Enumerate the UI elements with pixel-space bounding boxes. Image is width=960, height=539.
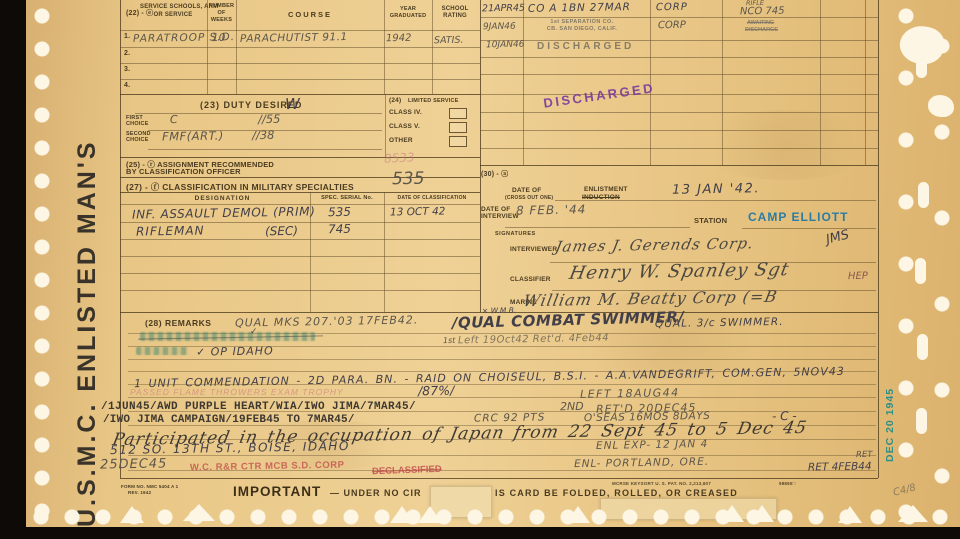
row-number: 4.: [124, 82, 130, 89]
punch-notch: [418, 506, 442, 523]
divider: [148, 149, 382, 150]
flame-score-entry: /87%/: [418, 383, 454, 399]
signatures-label: SIGNATURES: [495, 231, 536, 237]
interview-date-label: DATE OF: [481, 206, 510, 213]
second-choice-label: CHOICE: [126, 137, 149, 143]
scanned-qualification-card: U.S.M.C. ENLISTED MAN'S QUALIFICATION (2…: [0, 0, 960, 539]
flame-thrower-entry-faded: PASSED FLAME THROWERS EXAM TROPHY: [130, 387, 344, 397]
enlistment-section-number: (30) - ⓐ: [481, 169, 508, 179]
divider: [722, 0, 723, 165]
first-choice-label: CHOICE: [126, 121, 149, 127]
divider: [480, 74, 878, 75]
punch-slot: [918, 182, 929, 208]
row-number: 2.: [124, 50, 130, 57]
punch-notch: [838, 506, 862, 523]
limited-service-number: (24): [389, 97, 401, 104]
divider: [480, 57, 878, 58]
enlistment-label: ENLISTMENT: [584, 186, 628, 193]
serial-header: SPEC. SERIAL No.: [310, 195, 384, 201]
punch-holes-bottom: [26, 505, 960, 527]
left-date-entry: LEFT 18AUG44: [580, 386, 680, 401]
divider: [120, 63, 480, 64]
interview-date-label: INTERVIEW: [481, 213, 519, 220]
schools-header-course: COURSE: [236, 10, 384, 19]
schools-header-year: GRADUATED: [384, 13, 432, 19]
limited-service-title: LIMITED SERVICE: [408, 98, 459, 104]
punch-slot: [917, 334, 928, 360]
warning-text: — UNDER NO CIR: [330, 488, 422, 498]
specialty-serial-entry: 535: [328, 205, 351, 219]
op-idaho-entry: ✓ OP IDAHO: [196, 344, 274, 358]
schools-header-rating: RATING: [432, 13, 478, 19]
service-date-entry: 10JAN46: [486, 40, 525, 51]
other-label: OTHER: [389, 137, 413, 144]
date-of-label: DATE OF: [512, 187, 541, 194]
check-mark: ✓: [250, 327, 258, 337]
punch-notch: [183, 504, 215, 521]
school-rating-entry: SATIS.: [434, 35, 464, 47]
schools-header-name: OR SERVICE: [140, 12, 206, 18]
specialty-serial-entry: 745: [328, 222, 351, 236]
punch-slot: [916, 408, 927, 434]
important-label: IMPORTANT: [233, 484, 321, 499]
enlistment-place-entry: ENL- PORTLAND, ORE.: [574, 456, 709, 470]
service-org-entry: CO A 1BN 27MAR: [528, 1, 631, 15]
stamp-date-entry: 25DEC45: [100, 456, 168, 472]
warning-text: IS CARD BE FOLDED, ROLLED, OR CREASED: [495, 488, 738, 498]
classification-date-header: DATE OF CLASSIFICATION: [384, 195, 480, 201]
divider: [505, 227, 690, 228]
punch-notch: [720, 505, 744, 522]
specialty-date-entry: 13 OCT 42: [390, 206, 446, 219]
divider: [120, 30, 480, 31]
first-choice-number: //55: [258, 112, 281, 126]
patent-text: MCRSE KEYSORT U. S. PAT. NO. 2,213,607: [612, 481, 711, 486]
swimmer-qual-entry: QUAL. 3/c SWIMMER.: [655, 316, 784, 330]
divider: [820, 0, 821, 165]
divider: [120, 222, 480, 223]
divider: [120, 47, 480, 48]
cross-out-label: (CROSS OUT ONE): [505, 195, 553, 201]
punch-notch: [566, 506, 590, 523]
awaiting-discharge-stamp: AWAITING: [747, 20, 774, 26]
divider: [385, 94, 386, 157]
divider: [480, 94, 878, 95]
rule-line: [128, 397, 876, 398]
form-revision: REV. 1942: [128, 490, 151, 495]
station-label: STATION: [694, 216, 727, 225]
punch-notch: [390, 506, 414, 523]
punch-holes-right: [926, 0, 960, 527]
school-weeks-entry: 10: [212, 32, 226, 44]
specialty-paren-entry: (SEC): [265, 224, 298, 239]
divider: [480, 165, 878, 166]
purple-heart-entry: /1JUN45/AWD PURPLE HEART/WIA/IWO JIMA/7M…: [101, 401, 416, 413]
class-v-checkbox: [449, 122, 467, 133]
service-rank-entry: CORP: [658, 20, 686, 31]
divider: [480, 112, 878, 113]
schools-header-year: YEAR: [384, 6, 432, 12]
discharged-stamp-grey: DISCHARGED: [537, 41, 634, 52]
divider: [120, 192, 480, 193]
other-checkbox: [449, 136, 467, 147]
divider: [120, 478, 878, 479]
divider: [742, 228, 876, 229]
second-tour-superscript: 2ND: [560, 400, 584, 413]
divider: [120, 290, 480, 291]
service-date-entry: 21APR45: [482, 3, 525, 15]
rule-line: [128, 455, 876, 456]
divider: [480, 130, 878, 131]
school-course-entry: PARACHUTIST 91.1: [240, 31, 348, 45]
schools-header-weeks: NUMBER: [207, 3, 236, 9]
class-v-label: CLASS V.: [389, 123, 420, 130]
faint-number-entry: 8533: [384, 150, 415, 166]
pencil-number-entry: 535: [392, 169, 425, 190]
remarks-label: (28) REMARKS: [145, 318, 211, 328]
divider: [120, 157, 480, 158]
camp-elliott-stamp: CAMP ELLIOTT: [748, 210, 848, 224]
faded-stamp: [136, 347, 188, 355]
second-choice-entry: FMF(ART.): [162, 128, 224, 143]
row-number: 3.: [124, 66, 130, 73]
awaiting-discharge-stamp: DISCHARGE: [745, 27, 778, 33]
punch-notch: [750, 505, 774, 522]
iwo-campaign-entry: /IWO JIMA CAMPAIGN/19FEB45 TO 7MAR45/: [103, 414, 355, 426]
classifier-signature: Henry W. Spanley Sgt: [568, 259, 792, 284]
divider: [120, 239, 480, 240]
schools-header-weeks: WEEKS: [207, 17, 236, 23]
divider: [120, 256, 480, 257]
punch-holes-left: [26, 0, 62, 527]
schools-header-weeks: OF: [207, 10, 236, 16]
schools-header-name: SERVICE SCHOOLS, ARM: [140, 4, 206, 10]
punch-notch: [898, 505, 928, 522]
first-tour-superscript: 1st: [443, 336, 456, 345]
separation-co-stamp: CB. SAN DIEGO, CALIF.: [527, 26, 637, 32]
divider: [523, 0, 524, 165]
enlistment-date-entry: 13 JAN '42.: [672, 181, 760, 198]
service-date-entry: 9JAN46: [483, 22, 516, 33]
punch-notch: [120, 506, 144, 523]
first-choice-entry: C: [170, 113, 178, 126]
school-year-entry: 1942: [386, 33, 412, 44]
divider: [480, 0, 481, 312]
punch-slot: [915, 258, 926, 284]
divider: [120, 79, 480, 80]
divider: [555, 200, 876, 201]
schools-header-rating: SCHOOL: [432, 6, 478, 12]
divider: [120, 273, 480, 274]
stock-code: 98860□: [779, 481, 795, 486]
service-rank-entry: CORP: [656, 2, 688, 14]
divider: [480, 17, 878, 18]
interviewer-signature: James J. Gerends Corp.: [554, 234, 756, 255]
duty-mark-entry: W: [285, 95, 300, 113]
row-number: 1.: [124, 33, 130, 40]
punch-slot: [916, 52, 927, 78]
classifier-label: CLASSIFIER: [510, 276, 551, 283]
classifier-initials: HEP: [848, 271, 868, 282]
class-iv-checkbox: [449, 108, 467, 119]
ret-note: RET: [856, 450, 873, 460]
second-choice-number: //38: [252, 128, 275, 142]
form-number: FORM NO. NMC 5404 A 1: [121, 484, 178, 489]
enlistment-expiry-entry: ENL EXP- 12 JAN 4: [596, 438, 708, 452]
divider: [384, 192, 385, 312]
divider: [865, 0, 866, 165]
class-iv-label: CLASS IV.: [389, 109, 422, 116]
divider: [878, 0, 879, 478]
stain: [690, 110, 880, 180]
ret-date-entry: RET 4FEB44: [808, 460, 872, 473]
divider: [480, 148, 878, 149]
torn-notch: [928, 95, 954, 117]
divider: [120, 94, 480, 95]
separation-co-stamp: 1st SEPARATION CO.: [527, 19, 637, 25]
interviewer-label: INTERVIEWER: [510, 246, 557, 253]
rule-line: [128, 359, 876, 360]
card-side-title: U.S.M.C. ENLISTED MAN'S QUALIFICATION: [62, 0, 112, 527]
assignment-label: BY CLASSIFICATION OFFICER: [126, 167, 241, 176]
specialty-designation-entry: RIFLEMAN: [136, 223, 205, 238]
divider: [120, 177, 480, 178]
service-note-entry: NCO 745: [740, 6, 785, 18]
interview-date-entry: 8 FEB. '44: [516, 202, 587, 217]
designation-header: DESIGNATION: [135, 195, 310, 202]
